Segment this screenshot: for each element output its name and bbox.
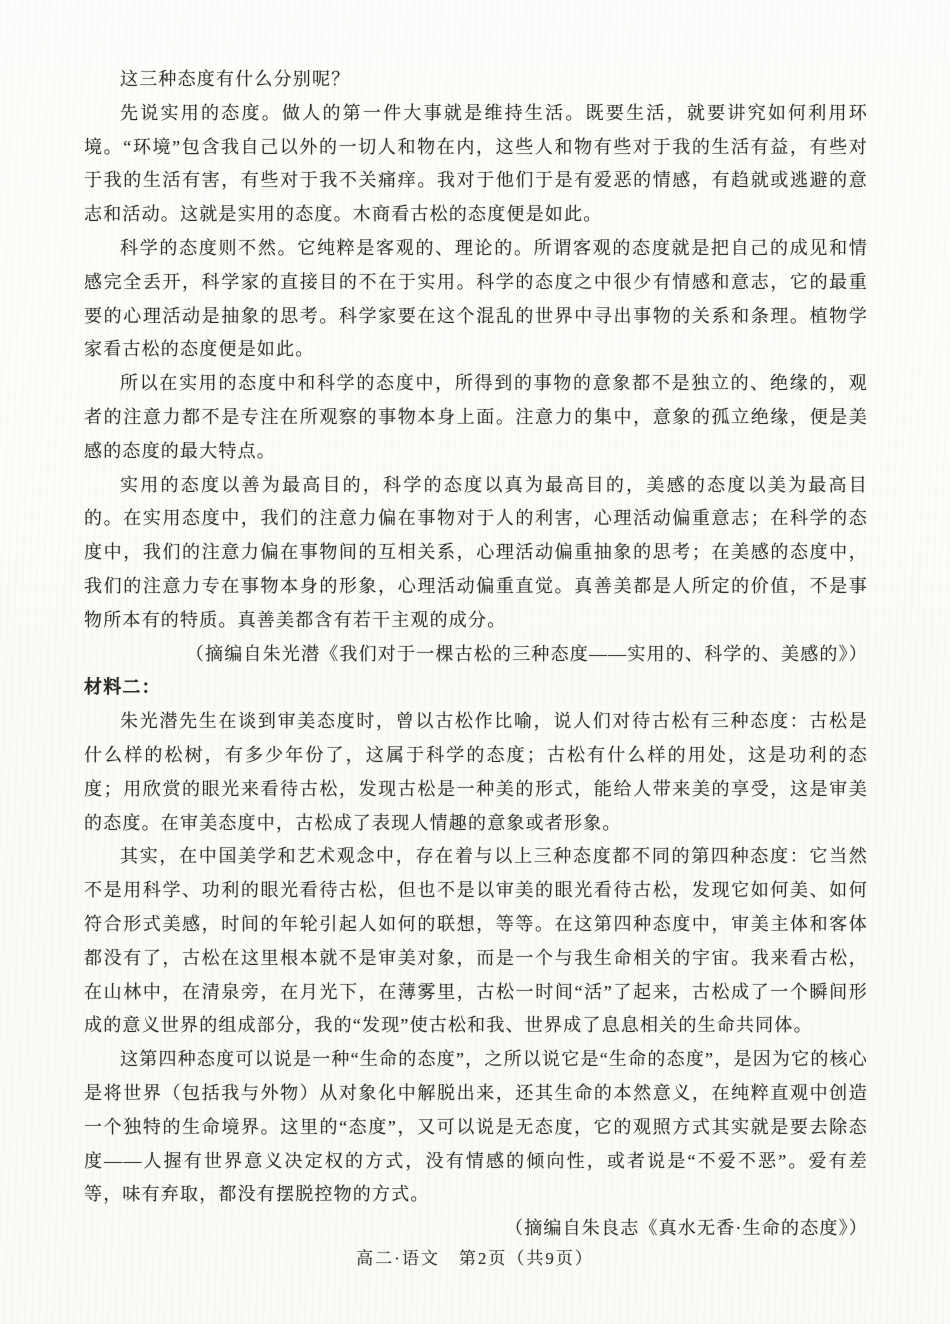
- material-one-paragraph-summary: 实用的态度以善为最高目的，科学的态度以真为最高目的，美感的态度以美为最高目的。在…: [84, 469, 868, 638]
- material-two-citation: （摘编自朱良志《真水无香·生命的态度》）: [84, 1212, 868, 1246]
- scanned-exam-page: 这三种态度有什么分别呢？ 先说实用的态度。做人的第一件大事就是维持生活。既要生活…: [0, 0, 950, 1324]
- material-two-paragraph-life-attitude: 这第四种态度可以说是一种“生命的态度”，之所以说它是“生命的态度”，是因为它的核…: [84, 1043, 868, 1212]
- material-one-paragraph-aesthetic: 所以在实用的态度中和科学的态度中，所得到的事物的意象都不是独立的、绝缘的，观者的…: [84, 367, 868, 468]
- material-two-label: 材料二：: [84, 671, 868, 705]
- material-one-citation: （摘编自朱光潜《我们对于一棵古松的三种态度——实用的、科学的、美感的》）: [84, 638, 868, 672]
- material-one-paragraph-practical: 先说实用的态度。做人的第一件大事就是维持生活。既要生活，就要讲究如何利用环境。“…: [84, 97, 868, 232]
- material-two-paragraph-intro: 朱光潜先生在谈到审美态度时，曾以古松作比喻，说人们对待古松有三种态度：古松是什么…: [84, 705, 868, 840]
- material-two-paragraph-fourth-attitude: 其实，在中国美学和艺术观念中，存在着与以上三种态度都不同的第四种态度：它当然不是…: [84, 840, 868, 1043]
- material-one-paragraph-question: 这三种态度有什么分别呢？: [84, 63, 868, 97]
- document-body: 这三种态度有什么分别呢？ 先说实用的态度。做人的第一件大事就是维持生活。既要生活…: [84, 63, 868, 1246]
- page-footer: 高二·语文 第2页（共9页）: [0, 1244, 950, 1269]
- material-one-paragraph-scientific: 科学的态度则不然。它纯粹是客观的、理论的。所谓客观的态度就是把自己的成见和情感完…: [84, 232, 868, 367]
